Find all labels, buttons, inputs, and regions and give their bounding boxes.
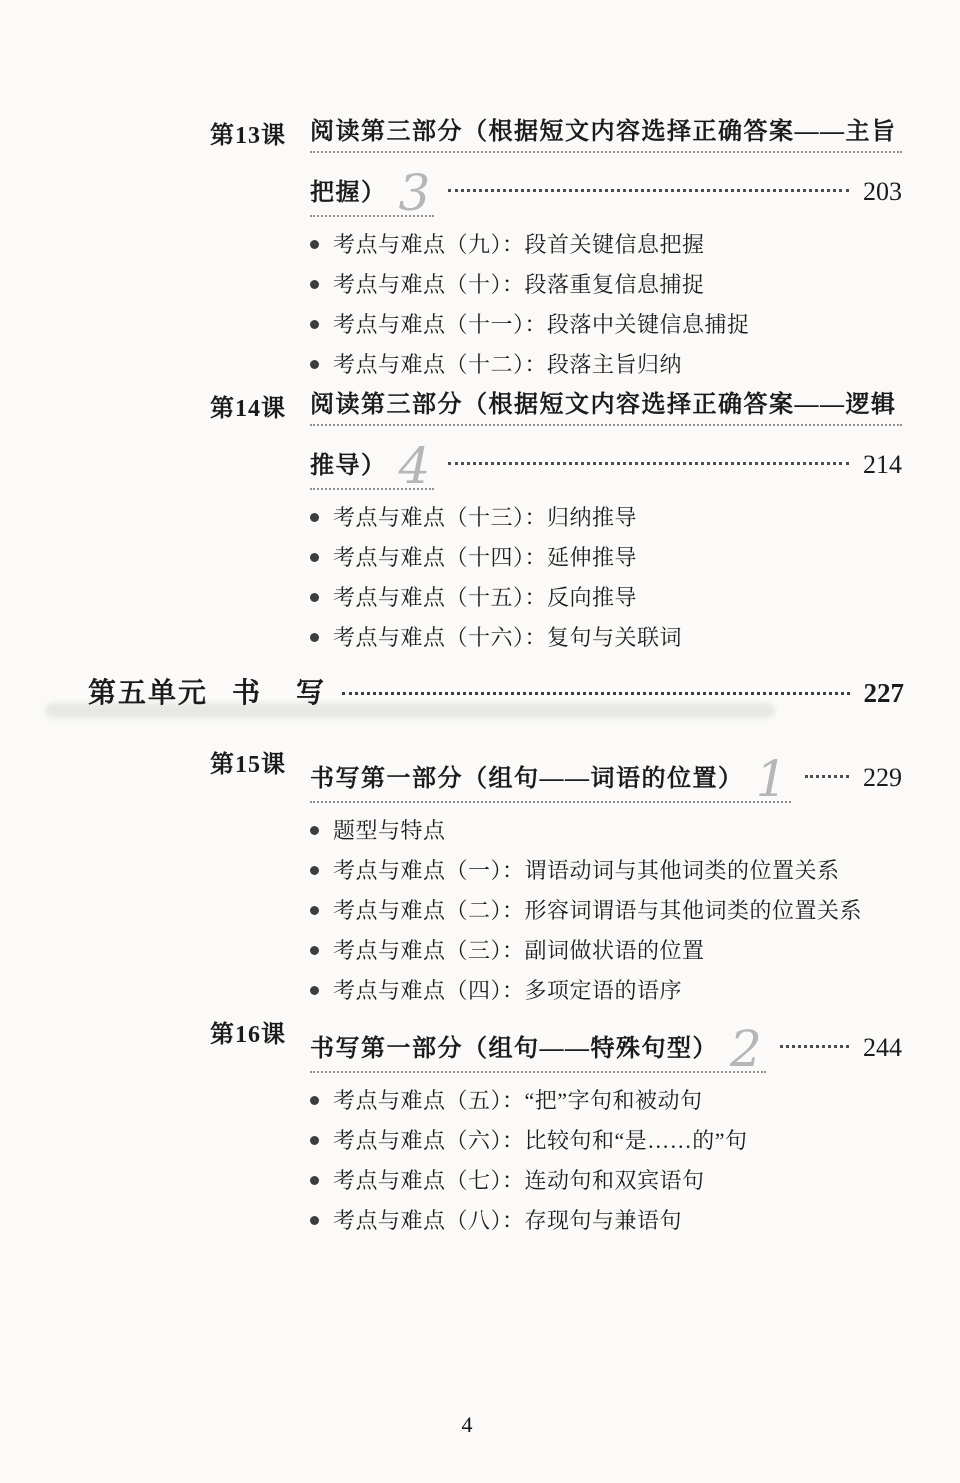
bullet-icon <box>310 1176 319 1185</box>
toc-item-label: 考点与难点（十六）：复句与关联词 <box>333 626 682 649</box>
lesson-15-title-text: 书写第一部分（组句——词语的位置） <box>310 763 744 795</box>
toc-item-label: 考点与难点（十五）：反向推导 <box>333 586 637 609</box>
lesson-15-items: 题型与特点 考点与难点（一）：谓语动词与其他词类的位置关系 考点与难点（二）：形… <box>310 819 900 1002</box>
lesson-16-items: 考点与难点（五）：“把”字句和被动句 考点与难点（六）：比较句和“是……的”句 … <box>310 1089 900 1232</box>
lesson-13-title-line2-underline: 把握） 3 <box>310 163 434 217</box>
lesson-15-title: 书写第一部分（组句——词语的位置） 1 229 <box>310 749 902 803</box>
toc-item-label: 考点与难点（二）：形容词谓语与其他词类的位置关系 <box>333 899 862 922</box>
toc-item: 考点与难点（十六）：复句与关联词 <box>310 626 900 649</box>
toc-item-label: 考点与难点（四）：多项定语的语序 <box>333 979 682 1002</box>
toc-page: 第13课 阅读第三部分（根据短文内容选择正确答案——主旨 把握） 3 203 考… <box>0 0 960 1483</box>
lesson-14-label: 第14课 <box>210 393 310 490</box>
lesson-13-watermark-number: 3 <box>399 173 431 213</box>
bullet-icon <box>310 633 319 642</box>
unit-5-title-row: 第五单元 书 写 227 <box>88 673 904 713</box>
dot-leader <box>780 1045 849 1048</box>
lesson-13-label: 第13课 <box>210 120 310 217</box>
dot-leader <box>342 692 849 695</box>
toc-item: 考点与难点（十二）：段落主旨归纳 <box>310 353 900 376</box>
toc-item-label: 考点与难点（十一）：段落中关键信息捕捉 <box>333 313 750 336</box>
bullet-icon <box>310 1216 319 1225</box>
lesson-13-title: 阅读第三部分（根据短文内容选择正确答案——主旨 把握） 3 203 <box>310 120 902 217</box>
bullet-icon <box>310 1136 319 1145</box>
toc-entry-lesson-13: 第13课 阅读第三部分（根据短文内容选择正确答案——主旨 把握） 3 203 考… <box>0 120 960 376</box>
toc-item: 考点与难点（四）：多项定语的语序 <box>310 979 900 1002</box>
lesson-13-items: 考点与难点（九）：段首关键信息把握 考点与难点（十）：段落重复信息捕捉 考点与难… <box>310 233 900 376</box>
lesson-13-page-number: 203 <box>863 176 902 208</box>
toc-item-label: 考点与难点（三）：副词做状语的位置 <box>333 939 705 962</box>
lesson-13-title-line2: 把握） <box>310 177 387 209</box>
lesson-15-title-row: 第15课 书写第一部分（组句——词语的位置） 1 229 <box>210 749 902 803</box>
lesson-16-page-number: 244 <box>863 1032 902 1064</box>
toc-item: 考点与难点（十五）：反向推导 <box>310 586 900 609</box>
lesson-14-title-line2-row: 推导） 4 214 <box>310 436 902 490</box>
toc-item: 考点与难点（三）：副词做状语的位置 <box>310 939 900 962</box>
bullet-icon <box>310 553 319 562</box>
lesson-13-title-row: 第13课 阅读第三部分（根据短文内容选择正确答案——主旨 把握） 3 203 <box>210 120 902 217</box>
lesson-14-title-line2-underline: 推导） 4 <box>310 436 434 490</box>
toc-item: 考点与难点（十三）：归纳推导 <box>310 506 900 529</box>
toc-item-label: 考点与难点（十四）：延伸推导 <box>333 546 637 569</box>
lesson-14-watermark-number: 4 <box>399 446 431 486</box>
toc-item-label: 考点与难点（十）：段落重复信息捕捉 <box>333 273 705 296</box>
dot-leader <box>805 775 849 778</box>
toc-entry-unit-5: 第五单元 书 写 227 <box>0 673 960 713</box>
lesson-16-title-underline: 书写第一部分（组句——特殊句型） 2 <box>310 1019 766 1073</box>
toc-item: 考点与难点（二）：形容词谓语与其他词类的位置关系 <box>310 899 900 922</box>
lesson-16-watermark-number: 2 <box>730 1029 762 1069</box>
toc-entry-lesson-14: 第14课 阅读第三部分（根据短文内容选择正确答案——逻辑 推导） 4 214 考… <box>0 393 960 649</box>
dot-leader <box>448 189 849 192</box>
lesson-15-title-row-inner: 书写第一部分（组句——词语的位置） 1 229 <box>310 749 902 803</box>
lesson-15-label: 第15课 <box>210 749 310 803</box>
bullet-icon <box>310 866 319 875</box>
dot-leader <box>448 462 849 465</box>
toc-entry-lesson-15: 第15课 书写第一部分（组句——词语的位置） 1 229 题型与特点 考点与难点… <box>0 749 960 1002</box>
bullet-icon <box>310 280 319 289</box>
toc-item-label: 考点与难点（一）：谓语动词与其他词类的位置关系 <box>333 859 840 882</box>
lesson-13-title-line2-row: 把握） 3 203 <box>310 163 902 217</box>
toc-item: 考点与难点（八）：存现句与兼语句 <box>310 1209 900 1232</box>
lesson-16-title-row-inner: 书写第一部分（组句——特殊句型） 2 244 <box>310 1019 902 1073</box>
toc-item-label: 考点与难点（十二）：段落主旨归纳 <box>333 353 682 376</box>
toc-item: 考点与难点（十）：段落重复信息捕捉 <box>310 273 900 296</box>
toc-item-label: 题型与特点 <box>333 819 446 842</box>
toc-item: 考点与难点（六）：比较句和“是……的”句 <box>310 1129 900 1152</box>
bullet-icon <box>310 986 319 995</box>
lesson-16-title: 书写第一部分（组句——特殊句型） 2 244 <box>310 1019 902 1073</box>
bullet-icon <box>310 1096 319 1105</box>
toc-item: 考点与难点（九）：段首关键信息把握 <box>310 233 900 256</box>
bullet-icon <box>310 513 319 522</box>
toc-item: 考点与难点（十一）：段落中关键信息捕捉 <box>310 313 900 336</box>
toc-item: 题型与特点 <box>310 819 900 842</box>
bullet-icon <box>310 593 319 602</box>
page-footer-number: 4 <box>0 1412 934 1438</box>
bullet-icon <box>310 320 319 329</box>
toc-item: 考点与难点（五）：“把”字句和被动句 <box>310 1089 900 1112</box>
lesson-15-title-underline: 书写第一部分（组句——词语的位置） 1 <box>310 749 791 803</box>
lesson-13-title-line1: 阅读第三部分（根据短文内容选择正确答案——主旨 <box>310 120 902 153</box>
lesson-16-title-text: 书写第一部分（组句——特殊句型） <box>310 1033 718 1065</box>
unit-5-label: 第五单元 <box>88 673 208 713</box>
lesson-15-watermark-number: 1 <box>756 759 788 799</box>
toc-item-label: 考点与难点（十三）：归纳推导 <box>333 506 637 529</box>
lesson-14-title: 阅读第三部分（根据短文内容选择正确答案——逻辑 推导） 4 214 <box>310 393 902 490</box>
lesson-14-items: 考点与难点（十三）：归纳推导 考点与难点（十四）：延伸推导 考点与难点（十五）：… <box>310 506 900 649</box>
toc-item-label: 考点与难点（八）：存现句与兼语句 <box>333 1209 682 1232</box>
toc-item-label: 考点与难点（六）：比较句和“是……的”句 <box>333 1129 748 1152</box>
toc-item-label: 考点与难点（七）：连动句和双宾语句 <box>333 1169 705 1192</box>
bullet-icon <box>310 240 319 249</box>
lesson-16-label: 第16课 <box>210 1019 310 1073</box>
toc-item: 考点与难点（十四）：延伸推导 <box>310 546 900 569</box>
lesson-14-page-number: 214 <box>863 449 902 481</box>
toc-item-label: 考点与难点（九）：段首关键信息把握 <box>333 233 705 256</box>
toc-entry-lesson-16: 第16课 书写第一部分（组句——特殊句型） 2 244 考点与难点（五）：“把”… <box>0 1019 960 1232</box>
unit-5-title: 书 写 <box>232 673 328 713</box>
bullet-icon <box>310 906 319 915</box>
bullet-icon <box>310 946 319 955</box>
toc-item-label: 考点与难点（五）：“把”字句和被动句 <box>333 1089 703 1112</box>
toc-item: 考点与难点（一）：谓语动词与其他词类的位置关系 <box>310 859 900 882</box>
lesson-14-title-line2: 推导） <box>310 450 387 482</box>
bullet-icon <box>310 826 319 835</box>
lesson-14-title-line1: 阅读第三部分（根据短文内容选择正确答案——逻辑 <box>310 393 902 426</box>
lesson-15-page-number: 229 <box>863 762 902 794</box>
lesson-14-title-row: 第14课 阅读第三部分（根据短文内容选择正确答案——逻辑 推导） 4 214 <box>210 393 902 490</box>
lesson-16-title-row: 第16课 书写第一部分（组句——特殊句型） 2 244 <box>210 1019 902 1073</box>
unit-5-page-number: 227 <box>864 677 905 709</box>
bullet-icon <box>310 360 319 369</box>
toc-item: 考点与难点（七）：连动句和双宾语句 <box>310 1169 900 1192</box>
